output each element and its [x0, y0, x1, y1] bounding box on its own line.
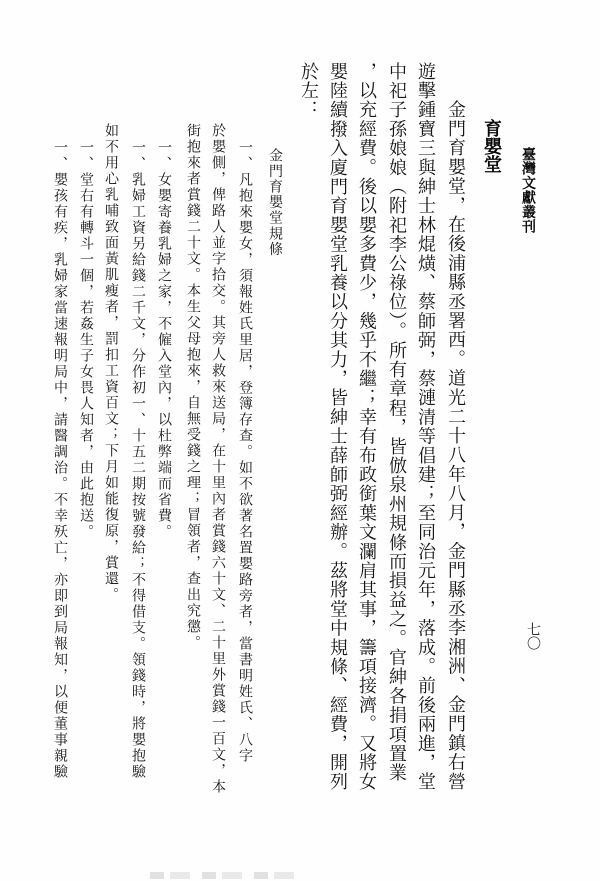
paragraph-column: 金門育嬰堂，在後浦縣丞署西。道光二十八年八月，金門縣丞李湘洲、金門鎮右營 [445, 100, 465, 791]
rule-line: 一、堂右有轉斗一個，若姦生子女畏人知者，由此抱送。 [78, 140, 94, 540]
rule-line: 一、女嬰寄養乳婦之家，不僱入堂內，以杜弊端而省費。 [156, 140, 172, 540]
rule-line: 一、凡抱來嬰女，須報姓氏里居，登簿存查。如不欲著名置嬰路旁者，當書明姓氏、八字 [237, 140, 253, 764]
section-title: 育嬰堂 [481, 119, 501, 173]
page-number: 七〇 [525, 622, 541, 650]
rule-line: 一、嬰孩有疾，乳婦家當速報明局中，請醫調治。不幸殀亡，亦即到局報知，以便董事親驗 [52, 140, 68, 780]
scanned-book-page: 臺灣文獻叢刊 七〇 育嬰堂 金門育嬰堂，在後浦縣丞署西。道光二十八年八月，金門縣… [0, 0, 600, 881]
paragraph-column: ，以充經費。後以嬰多費少，幾乎不繼；幸有布政銜葉文瀾肩其事，籌項接濟。又將女 [356, 62, 376, 792]
paragraph-column: 嬰陸續撥入廈門育嬰堂乳養以分其力，皆紳士薛師弼經辦。茲將堂中規條、經費，開列 [327, 62, 347, 792]
rule-line: 於嬰側，俾路人並字拾交。其旁人救來送局，在十里內者賞錢六十文、二十里外賞錢一百文… [210, 123, 226, 795]
running-header: 臺灣文獻叢刊 [520, 147, 535, 233]
rule-line: 如不用心乳哺致面黃肌瘦者，罰扣工資百文；下月如能復原，賞還。 [103, 123, 119, 603]
rules-title: 金門育嬰堂規條 [267, 148, 283, 257]
rule-line: 一、乳婦工資另給錢二千文，分作初一、十五二期按號發給；不得借支。領錢時，將嬰抱驗 [130, 140, 146, 780]
paragraph-column: 遊擊鍾寶三與紳士林焜熿、蔡師弼，蔡漣清等倡建；至同治元年，落成。前後兩進，堂 [415, 62, 435, 792]
paragraph-column: 於左： [298, 62, 318, 120]
paragraph-column: 中祀子孫娘娘（附祀李公祿位）。所有章程，皆倣泉州規條而損益之。官紳各捐項置業 [386, 62, 406, 783]
scan-artifact [150, 872, 300, 879]
rule-line: 街抱來者賞錢二十文。本生父母抱來，自無受錢之理；冒領者，查出究懲。 [185, 123, 201, 651]
